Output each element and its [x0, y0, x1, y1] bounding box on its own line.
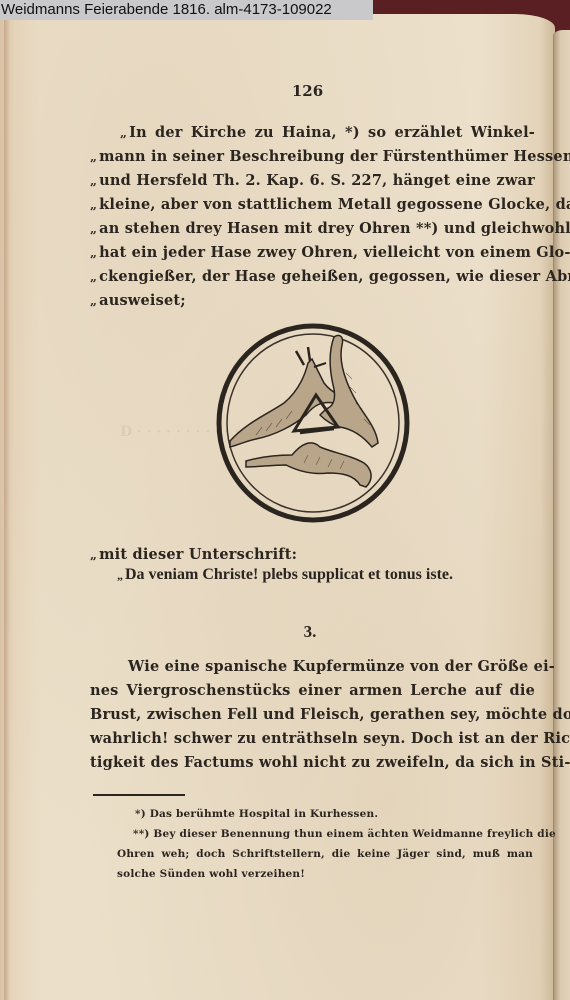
section-number: 3.	[0, 622, 570, 642]
line-text: kleine, aber von stattlichem Metall gego…	[99, 196, 570, 213]
caption-intro: „mit dieser Unterschrift:	[90, 546, 297, 563]
quote-mark: „	[90, 174, 97, 188]
line-text: hat ein jeder Hase zwey Ohren, vielleich…	[99, 244, 570, 261]
three-hares-illustration	[216, 323, 410, 523]
line-text: ckengießer, der Hase geheißen, gegossen,…	[99, 268, 570, 285]
line-text: In der Kirche zu Haina, *) so erzählet W…	[129, 124, 535, 141]
quote-mark: „	[117, 568, 123, 582]
line-text: ausweiset;	[99, 292, 186, 309]
footnote-2: **) Bey dieser Benennung thun einem ächt…	[133, 828, 533, 840]
text-line: „an stehen drey Hasen mit drey Ohren **)…	[90, 220, 535, 237]
footnote-text: Bey dieser Benennung thun einem ächten W…	[153, 828, 555, 840]
quote-mark: „	[90, 294, 97, 308]
text-line: „und Hersfeld Th. 2. Kap. 6. S. 227, hän…	[90, 172, 535, 189]
line-text: und Hersfeld Th. 2. Kap. 6. S. 227, häng…	[99, 172, 535, 189]
text-line: „mann in seiner Beschreibung der Fürsten…	[90, 148, 535, 165]
text-line: „hat ein jeder Hase zwey Ohren, vielleic…	[90, 244, 535, 261]
quote-mark: „	[120, 126, 127, 140]
text-line: Wie eine spanische Kupfermünze von der G…	[128, 658, 535, 675]
text-line: nes Viergroschenstücks einer armen Lerch…	[90, 682, 535, 699]
text-line: „In der Kirche zu Haina, *) so erzählet …	[120, 124, 535, 141]
footnote-marker: **)	[133, 828, 150, 840]
line-text: an stehen drey Hasen mit drey Ohren **) …	[99, 220, 570, 237]
footnote-text: Das berühmte Hospital in Kurhessen.	[150, 808, 379, 820]
text-line: „ausweiset;	[90, 292, 186, 309]
footnote-2-cont: Ohren weh; doch Schriftstellern, die kei…	[117, 848, 533, 860]
line-text: mit dieser Unterschrift:	[99, 546, 297, 563]
line-text: mann in seiner Beschreibung der Fürstent…	[99, 148, 570, 165]
document-title-label: Weidmanns Feierabende 1816. alm-4173-109…	[0, 0, 373, 20]
text-line: „ckengießer, der Hase geheißen, gegossen…	[90, 268, 535, 285]
latin-inscription: „Da veniam Christe! plebs supplicat et t…	[117, 566, 453, 584]
footnote-1: *) Das berühmte Hospital in Kurhessen.	[135, 808, 378, 820]
quote-mark: „	[90, 222, 97, 236]
quote-mark: „	[90, 548, 97, 562]
three-hares-icon	[216, 323, 410, 523]
quote-mark: „	[90, 270, 97, 284]
text-line: Brust, zwischen Fell und Fleisch, gerath…	[90, 706, 535, 723]
text-line: „kleine, aber von stattlichem Metall geg…	[90, 196, 535, 213]
footnote-marker: *)	[135, 808, 146, 820]
footnote-2-end: solche Sünden wohl verzeihen!	[117, 868, 305, 880]
quote-mark: „	[90, 150, 97, 164]
text-line: wahrlich! schwer zu enträthseln seyn. Do…	[90, 730, 535, 747]
quote-mark: „	[90, 246, 97, 260]
next-page-edge	[553, 30, 570, 1000]
line-text: Da veniam Christe! plebs supplicat et to…	[125, 566, 453, 583]
text-line: tigkeit des Factums wohl nicht zu zweife…	[90, 754, 535, 771]
page-number: 126	[0, 82, 570, 100]
footnote-divider	[93, 794, 185, 796]
quote-mark: „	[90, 198, 97, 212]
